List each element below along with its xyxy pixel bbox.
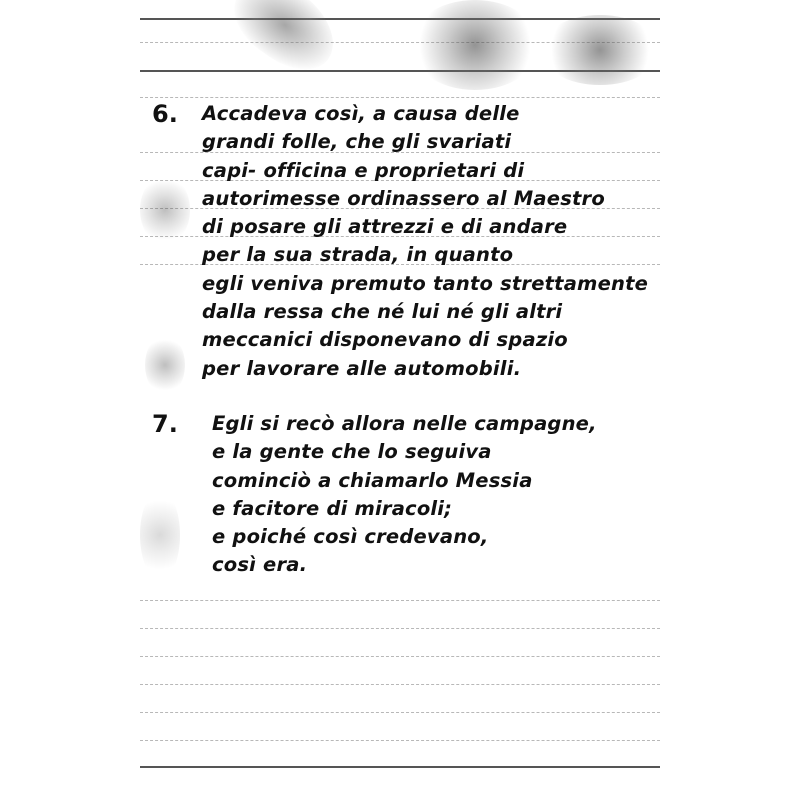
ink-smudge [140,175,190,245]
ruled-line [140,97,660,98]
text-line: meccanici disponevano di spazio [202,326,648,354]
text-line: egli veniva premuto tanto strettamente [202,270,648,298]
text-line: e la gente che lo seguiva [212,438,597,466]
ink-smudge [410,0,540,90]
ink-smudge [540,15,660,85]
ruled-line [140,600,660,601]
ruled-line [140,740,660,741]
text-line: grandi folle, che gli svariati [202,128,648,156]
ruled-line [140,766,660,768]
text-line: di posare gli attrezzi e di andare [202,213,648,241]
verse-text: Egli si recò allora nelle campagne, e la… [212,410,597,580]
verse-number: 6. [152,100,178,128]
text-line: Egli si recò allora nelle campagne, [212,410,597,438]
text-line: autorimesse ordinassero al Maestro [202,185,648,213]
ruled-line [140,656,660,657]
text-line: cominciò a chiamarlo Messia [212,467,597,495]
ink-smudge [145,335,185,395]
ruled-line [140,712,660,713]
text-line: Accadeva così, a causa delle [202,100,648,128]
text-line: e facitore di miracoli; [212,495,597,523]
verse-text: Accadeva così, a causa delle grandi foll… [202,100,648,383]
ink-smudge [140,490,180,580]
verse-number: 7. [152,410,178,438]
text-line: dalla ressa che né lui né gli altri [202,298,648,326]
handwritten-page: 6. Accadeva così, a causa delle grandi f… [140,0,660,800]
text-line: così era. [212,551,597,579]
text-line: per lavorare alle automobili. [202,355,648,383]
ruled-line [140,684,660,685]
text-line: e poiché così credevano, [212,523,597,551]
ruled-line [140,628,660,629]
text-line: capi- officina e proprietari di [202,157,648,185]
text-line: per la sua strada, in quanto [202,241,648,269]
